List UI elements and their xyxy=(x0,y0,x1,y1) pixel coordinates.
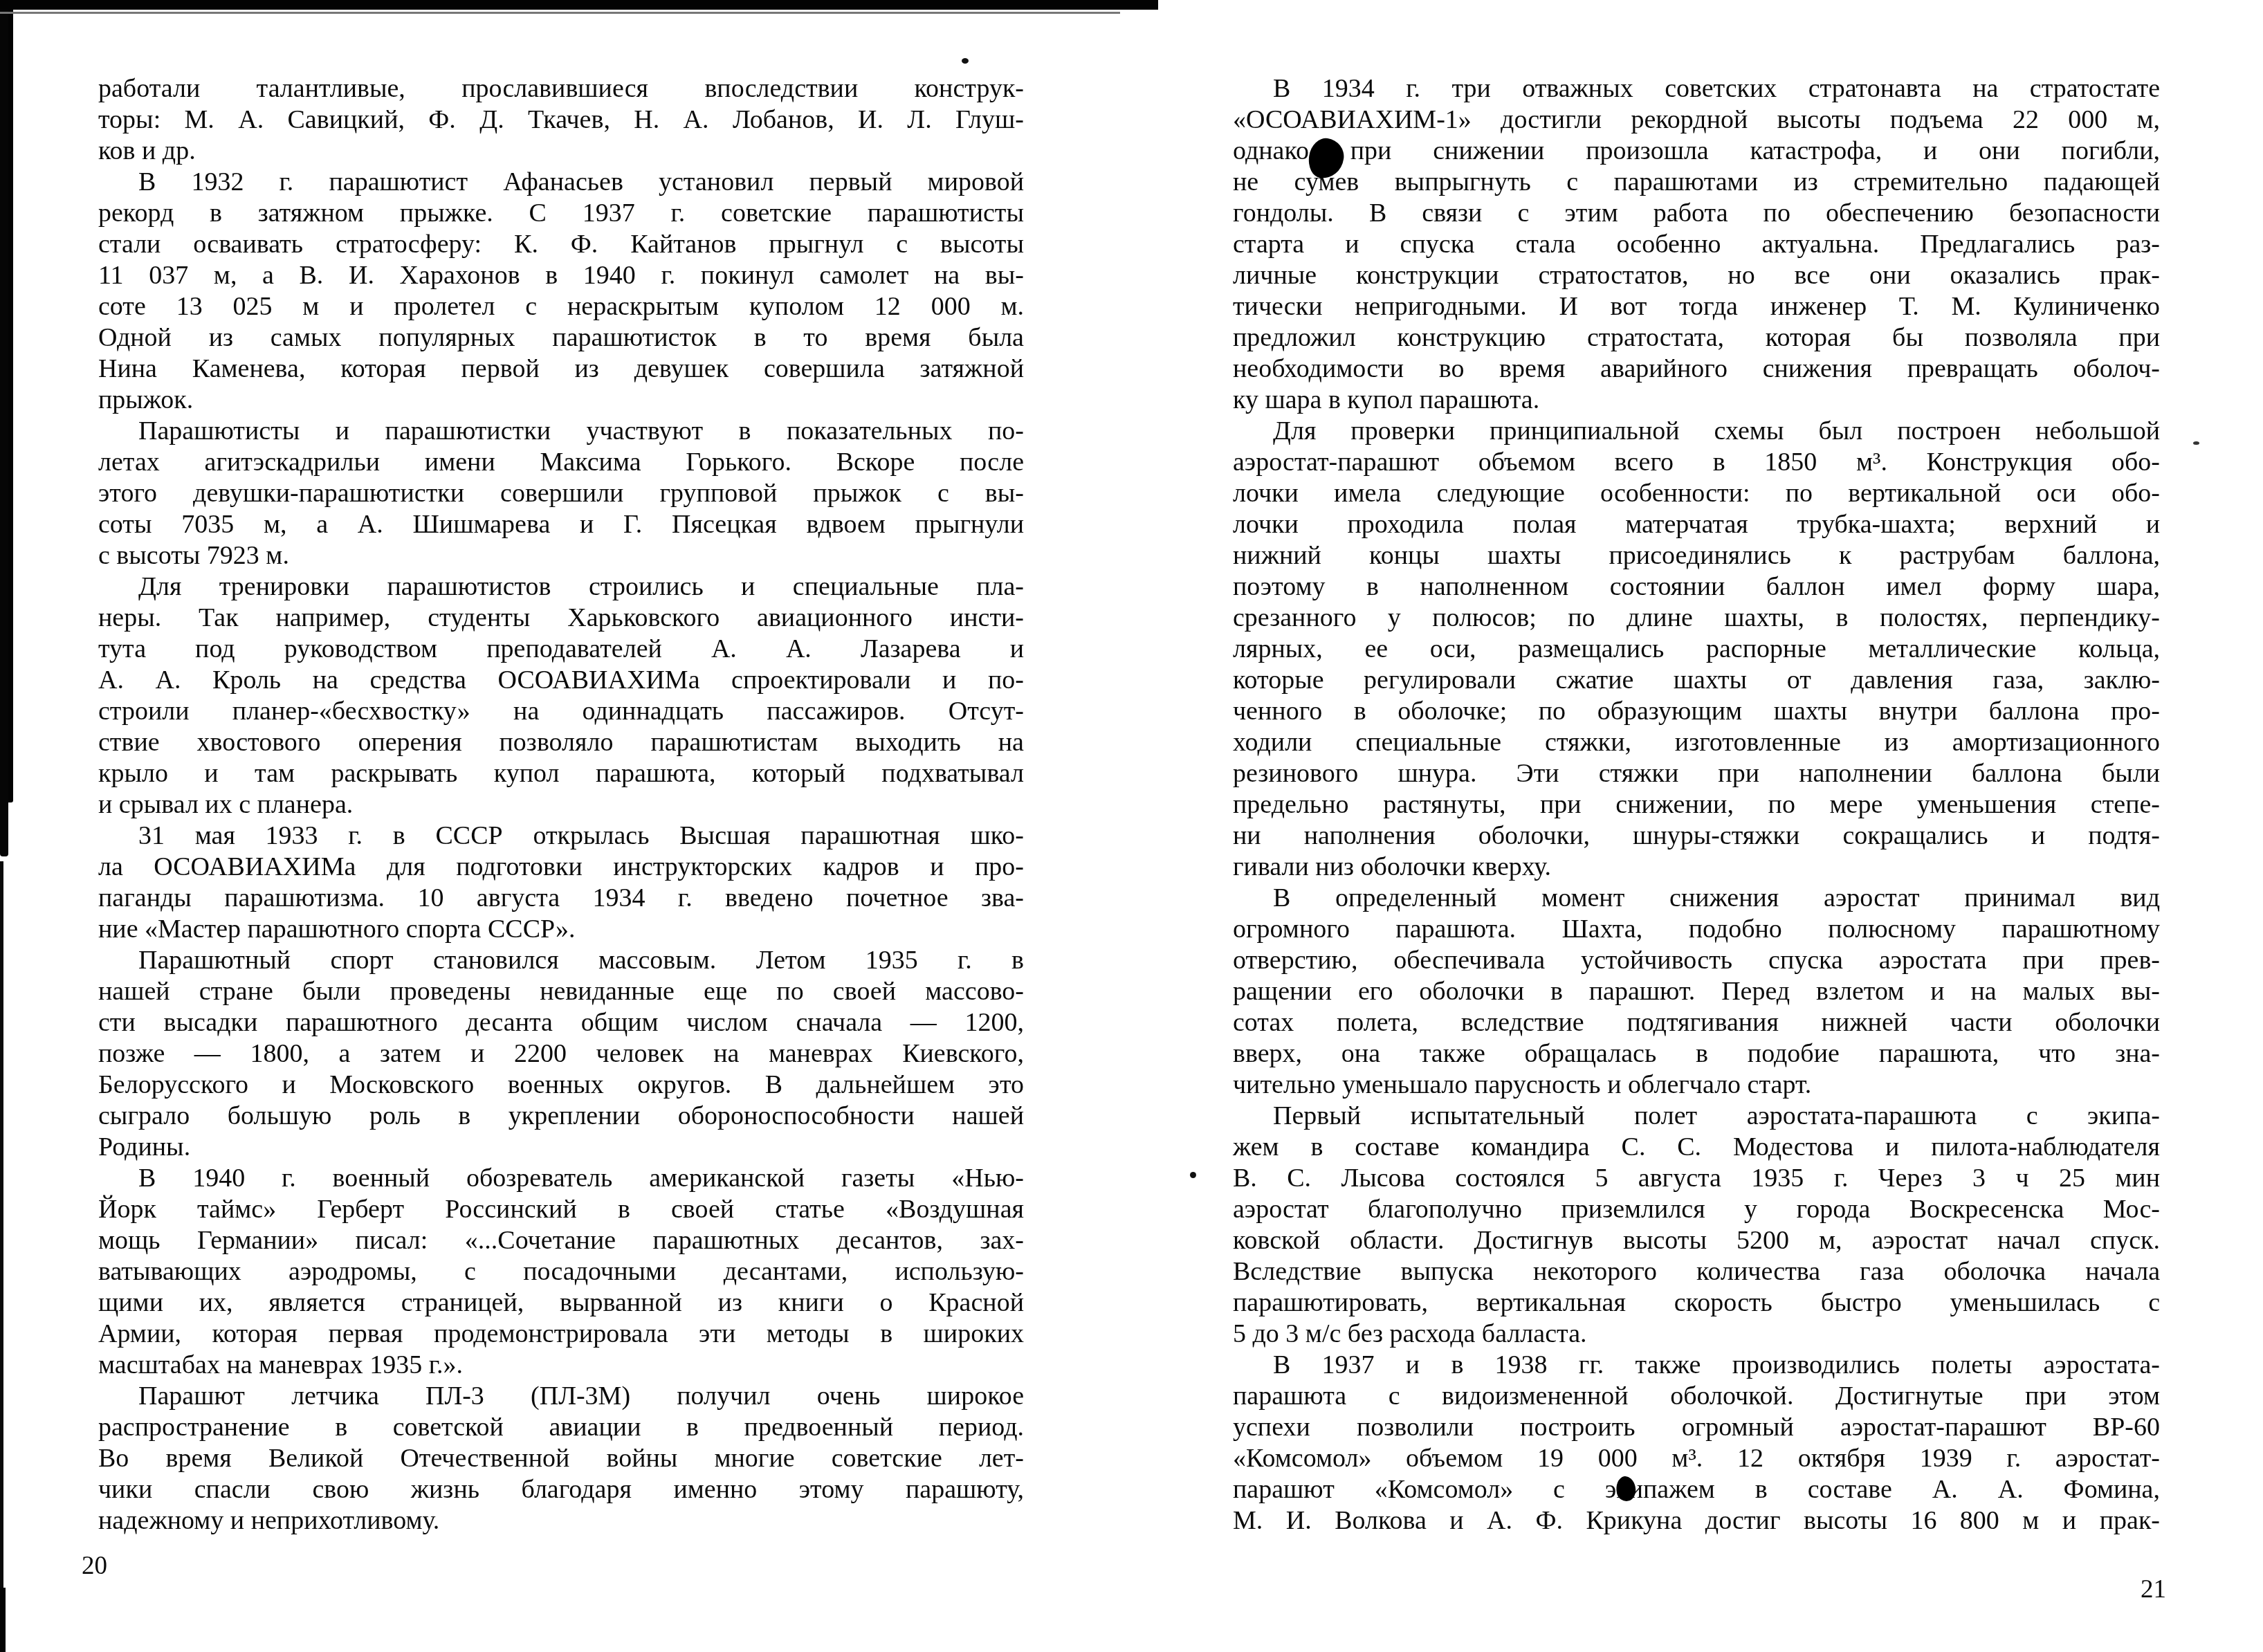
text-line: ращении его оболочки в парашют. Перед вз… xyxy=(1233,976,2160,1007)
text-line: резинового шнура. Эти стяжки при наполне… xyxy=(1233,758,2160,789)
text-line: не сумев выпрыгнуть с парашютами из стре… xyxy=(1233,167,2160,198)
text-line: Для тренировки парашютистов строились и … xyxy=(98,571,1024,603)
text-line: Вследствие выпуска некоторого количества… xyxy=(1233,1256,2160,1287)
page-top-edge-shadow xyxy=(0,0,1158,10)
text-line: 31 мая 1933 г. в СССР открылась Высшая п… xyxy=(98,820,1024,852)
text-line: тута под руководством преподавателей А. … xyxy=(98,634,1024,665)
ink-speck xyxy=(2193,441,2199,445)
text-line: ченного в оболочке; по образующим шахты … xyxy=(1233,696,2160,727)
text-line: Парашютный спорт становился массовым. Ле… xyxy=(98,945,1024,976)
text-line: успехи позволили построить огромный аэро… xyxy=(1233,1412,2160,1443)
text-line: В. С. Лысова состоялся 5 августа 1935 г.… xyxy=(1233,1163,2160,1194)
page-right-text-column: В 1934 г. три отважных советских стратон… xyxy=(1233,73,2160,1536)
text-line: распространение в советской авиации в пр… xyxy=(98,1412,1024,1443)
text-line: жем в составе командира С. С. Модестова … xyxy=(1233,1132,2160,1163)
text-line: крыло и там раскрывать купол парашюта, к… xyxy=(98,758,1024,789)
text-line: с высоты 7923 м. xyxy=(98,540,1024,571)
text-line: которые регулировали сжатие шахты от дав… xyxy=(1233,665,2160,696)
text-line: парашютировать, вертикальная скорость бы… xyxy=(1233,1287,2160,1319)
text-line: Родины. xyxy=(98,1132,1024,1163)
text-line: В определенный момент снижения аэростат … xyxy=(1233,883,2160,914)
text-line: В 1940 г. военный обозреватель американс… xyxy=(98,1163,1024,1194)
text-line: «ОСОАВИАХИМ-1» достигли рекордной высоты… xyxy=(1233,104,2160,136)
text-line: ковской области. Достигнув высоты 5200 м… xyxy=(1233,1225,2160,1256)
text-line: предельно растянуты, при снижении, по ме… xyxy=(1233,789,2160,820)
text-line: Армии, которая первая продемонстрировала… xyxy=(98,1319,1024,1350)
text-line: вверх, она также обращалась в подобие па… xyxy=(1233,1038,2160,1070)
text-line: лочки имела следующие особенности: по ве… xyxy=(1233,478,2160,509)
text-line: Для проверки принципиальной схемы был по… xyxy=(1233,416,2160,447)
text-line: позже — 1800, а затем и 2200 человек на … xyxy=(98,1038,1024,1070)
text-line: лочки проходила полая матерчатая трубка-… xyxy=(1233,509,2160,540)
text-line: ла ОСОАВИАХИМа для подготовки инструктор… xyxy=(98,852,1024,883)
binding-gutter-shadow-lower xyxy=(0,0,8,856)
text-line: соте 13 025 м и пролетел с нераскрытым к… xyxy=(98,291,1024,322)
text-line: ков и др. xyxy=(98,136,1024,167)
text-line: Парашют летчика ПЛ-3 (ПЛ-3М) получил оче… xyxy=(98,1381,1024,1412)
text-line: прыжок. xyxy=(98,385,1024,416)
page-left-text-column: работали талантливые, прославившиеся впо… xyxy=(98,73,1024,1536)
text-line: гивали низ оболочки кверху. xyxy=(1233,852,2160,883)
text-line: Парашютисты и парашютистки участвуют в п… xyxy=(98,416,1024,447)
text-line: 11 037 м, а В. И. Харахонов в 1940 г. по… xyxy=(98,260,1024,291)
page-right-edge-shadow xyxy=(0,861,3,1652)
text-line: необходимости во время аварийного снижен… xyxy=(1233,354,2160,385)
book-spread: работали талантливые, прославившиеся впо… xyxy=(0,0,2263,1652)
text-line: ватывающих аэродромы, с посадочными деса… xyxy=(98,1256,1024,1287)
text-line: В 1932 г. парашютист Афанасьев установил… xyxy=(98,167,1024,198)
text-line: тически непригодными. И вот тогда инжене… xyxy=(1233,291,2160,322)
text-line: паганды парашютизма. 10 августа 1934 г. … xyxy=(98,883,1024,914)
text-line: огромного парашюта. Шахта, подобно полюс… xyxy=(1233,914,2160,945)
text-line: парашюта с видоизмененной оболочкой. Дос… xyxy=(1233,1381,2160,1412)
ink-speck xyxy=(962,58,969,64)
page-number-right: 21 xyxy=(2141,1575,2166,1604)
text-line: В 1937 и в 1938 гг. также производились … xyxy=(1233,1350,2160,1381)
text-line: Йорк таймс» Герберт Россинский в своей с… xyxy=(98,1194,1024,1225)
text-line: строили планер-«бесхвостку» на одиннадца… xyxy=(98,696,1024,727)
text-line: А. А. Кроль на средства ОСОАВИАХИМа спро… xyxy=(98,665,1024,696)
page-number-left: 20 xyxy=(82,1551,107,1581)
text-line: нашей стране были проведены невиданные е… xyxy=(98,976,1024,1007)
text-line: срезанного у полюсов; по длине шахты, в … xyxy=(1233,603,2160,634)
ink-speck xyxy=(1190,1172,1196,1178)
text-line: однако при снижении произошла катастрофа… xyxy=(1233,136,2160,167)
text-line: предложил конструкцию стратостата, котор… xyxy=(1233,322,2160,354)
text-line: М. И. Волкова и А. Ф. Крикуна достиг выс… xyxy=(1233,1505,2160,1536)
text-line: аэростат-парашют объемом всего в 1850 м³… xyxy=(1233,447,2160,478)
text-line: 5 до 3 м/с без расхода балласта. xyxy=(1233,1319,2160,1350)
text-line: чительно уменьшало парусность и облегчал… xyxy=(1233,1070,2160,1101)
text-line: парашют «Комсомол» с экипажем в составе … xyxy=(1233,1474,2160,1505)
text-line: В 1934 г. три отважных советских стратон… xyxy=(1233,73,2160,104)
page-left: работали талантливые, прославившиеся впо… xyxy=(0,0,1112,1652)
text-line: сыграло большую роль в укреплении оборон… xyxy=(98,1101,1024,1132)
text-line: гондолы. В связи с этим работа по обеспе… xyxy=(1233,198,2160,229)
text-line: щими их, является страницей, вырванной и… xyxy=(98,1287,1024,1319)
page-top-edge-line xyxy=(0,12,1120,14)
text-line: ни наполнения оболочки, шнуры-стяжки сок… xyxy=(1233,820,2160,852)
text-line: чики спасли свою жизнь благодаря именно … xyxy=(98,1474,1024,1505)
text-line: летах агитэскадрильи имени Максима Горьк… xyxy=(98,447,1024,478)
text-line: лярных, ее оси, размещались распорные ме… xyxy=(1233,634,2160,665)
text-line: поэтому в наполненном состоянии баллон и… xyxy=(1233,571,2160,603)
text-line: аэростат благополучно приземлился у горо… xyxy=(1233,1194,2160,1225)
text-line: надежному и неприхотливому. xyxy=(98,1505,1024,1536)
text-line: работали талантливые, прославившиеся впо… xyxy=(98,73,1024,104)
text-line: стали осваивать стратосферу: К. Ф. Кайта… xyxy=(98,229,1024,260)
text-line: нижний концы шахты присоединялись к раст… xyxy=(1233,540,2160,571)
text-line: Нина Каменева, которая первой из девушек… xyxy=(98,354,1024,385)
text-line: ку шара в купол парашюта. xyxy=(1233,385,2160,416)
text-line: Первый испытательный полет аэростата-пар… xyxy=(1233,1101,2160,1132)
text-line: Белорусского и Московского военных округ… xyxy=(98,1070,1024,1101)
text-line: «Комсомол» объемом 19 000 м³. 12 октября… xyxy=(1233,1443,2160,1474)
text-line: торы: М. А. Савицкий, Ф. Д. Ткачев, Н. А… xyxy=(98,104,1024,136)
text-line: отверстию, обеспечивала устойчивость спу… xyxy=(1233,945,2160,976)
text-line: соты 7035 м, а А. Шишмарева и Г. Пясецка… xyxy=(98,509,1024,540)
text-line: старта и спуска стала особенно актуальна… xyxy=(1233,229,2160,260)
text-line: и срывал их с планера. xyxy=(98,789,1024,820)
text-line: ходили специальные стяжки, изготовленные… xyxy=(1233,727,2160,758)
page-right-edge-shadow-foot xyxy=(0,1588,6,1652)
text-line: этого девушки-парашютистки совершили гру… xyxy=(98,478,1024,509)
text-line: ние «Мастер парашютного спорта СССР». xyxy=(98,914,1024,945)
text-line: рекорд в затяжном прыжке. С 1937 г. сове… xyxy=(98,198,1024,229)
text-line: Во время Великой Отечественной войны мно… xyxy=(98,1443,1024,1474)
text-line: сти высадки парашютного десанта общим чи… xyxy=(98,1007,1024,1038)
text-line: ствие хвостового оперения позволяло пара… xyxy=(98,727,1024,758)
text-line: мощь Германии» писал: «...Сочетание пара… xyxy=(98,1225,1024,1256)
text-line: неры. Так например, студенты Харьковског… xyxy=(98,603,1024,634)
text-line: сотах полета, вследствие подтягивания ни… xyxy=(1233,1007,2160,1038)
text-line: личные конструкции стратостатов, но все … xyxy=(1233,260,2160,291)
text-line: Одной из самых популярных парашютисток в… xyxy=(98,322,1024,354)
text-line: масштабах на маневрах 1935 г.». xyxy=(98,1350,1024,1381)
page-right: В 1934 г. три отважных советских стратон… xyxy=(1126,0,2263,1652)
